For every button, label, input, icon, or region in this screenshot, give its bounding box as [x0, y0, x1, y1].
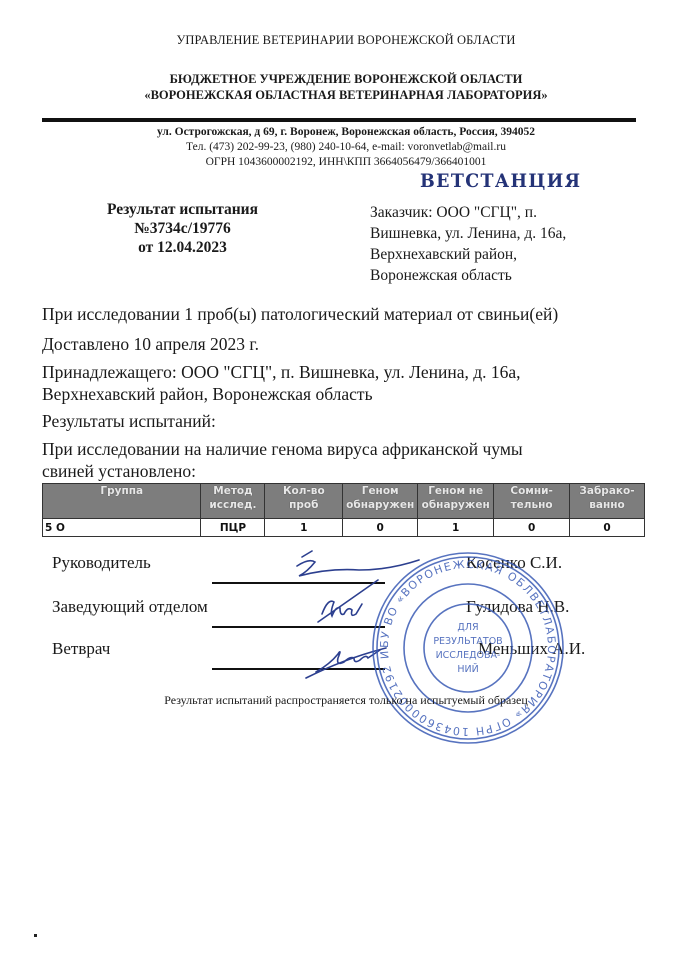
- column-header-text: Метод: [213, 485, 252, 497]
- registration-line: ОГРН 1043600002192, ИНН\КПП 3664056479/3…: [0, 155, 692, 170]
- column-header-text: Группа: [100, 485, 143, 497]
- table-cell: 0: [494, 519, 570, 537]
- finding-statement: При исследовании на наличие генома вирус…: [42, 438, 662, 482]
- stamp-inner-ring: [424, 604, 512, 692]
- customer-block: Заказчик: ООО "СГЦ", п. Вишневка, ул. Ле…: [370, 202, 660, 286]
- institution-contacts: ул. Острогожская, д 69, г. Воронеж, Воро…: [0, 125, 692, 170]
- study-description: При исследовании 1 проб(ы) патологически…: [42, 303, 662, 325]
- column-header-text: Сомни-: [510, 485, 552, 497]
- column-header: Геном необнаружен: [418, 484, 494, 519]
- column-header: Кол-во проб: [265, 484, 343, 519]
- signature-line: [212, 582, 385, 584]
- signature-role: Руководитель: [52, 553, 151, 573]
- institution-heading: БЮДЖЕТНОЕ УЧРЕЖДЕНИЕ ВОРОНЕЖСКОЙ ОБЛАСТИ…: [0, 71, 692, 103]
- column-header-text: Геном: [362, 485, 399, 497]
- column-header-text: обнаружен: [346, 499, 414, 511]
- seal-stamp: БУ ВО «ВОРОНЕЖСКАЯ ОБЛВЕТЛАБОРАТОРИЯ» ОГ…: [368, 548, 568, 748]
- column-header: Группа: [43, 484, 201, 519]
- customer-line: Вишневка, ул. Ленина, д. 16а,: [370, 223, 660, 244]
- customer-line: Заказчик: ООО "СГЦ", п.: [370, 202, 660, 223]
- column-header: Методисслед.: [201, 484, 265, 519]
- validity-note: Результат испытаний распространяется тол…: [0, 693, 692, 708]
- signature-role: Заведующий отделом: [52, 597, 208, 617]
- stamp-outer-ring: [373, 553, 563, 743]
- customer-line: Воронежская область: [370, 265, 660, 286]
- column-header-text: тельно: [511, 499, 553, 511]
- signature-role: Ветврач: [52, 639, 110, 659]
- table-cell: ПЦР: [201, 519, 265, 537]
- result-number: №3734с/19776: [70, 219, 295, 238]
- table-cell: 0: [570, 519, 645, 537]
- owner-line: Принадлежащего: ООО "СГЦ", п. Вишневка, …: [42, 361, 662, 383]
- column-header-text: обнаружен: [422, 499, 490, 511]
- column-header-text: Кол-во проб: [283, 485, 325, 511]
- column-header: Геномобнаружен: [343, 484, 418, 519]
- finding-line: свиней установлено:: [42, 460, 662, 482]
- stamp-inner-text: ДЛЯ: [457, 622, 478, 633]
- owner-info: Принадлежащего: ООО "СГЦ", п. Вишневка, …: [42, 361, 662, 405]
- table-header-row: ГруппаМетодисслед.Кол-во пробГеномобнару…: [43, 484, 645, 519]
- scan-speck: [34, 934, 37, 937]
- vet-station-stamp: ВЕТСТАНЦИЯ: [420, 170, 581, 192]
- column-header: Забрако-ванно: [570, 484, 645, 519]
- stamp-inner-text: НИЙ: [457, 663, 478, 675]
- customer-line: Верхнехавский район,: [370, 244, 660, 265]
- table-cell: 1: [265, 519, 343, 537]
- stamp-inner-text: РЕЗУЛЬТАТОВ: [433, 636, 502, 647]
- result-date: от 12.04.2023: [70, 238, 295, 257]
- column-header-text: исслед.: [209, 499, 256, 511]
- result-title-block: Результат испытания №3734с/19776 от 12.0…: [70, 200, 295, 257]
- contacts-line: Тел. (473) 202-99-23, (980) 240-10-64, e…: [0, 140, 692, 155]
- result-title: Результат испытания: [70, 200, 295, 219]
- signature-line: [212, 626, 385, 628]
- finding-line: При исследовании на наличие генома вирус…: [42, 438, 662, 460]
- delivery-date: Доставлено 10 апреля 2023 г.: [42, 333, 662, 355]
- signature-line: [212, 668, 385, 670]
- column-header-text: Забрако-: [579, 485, 634, 497]
- table-cell: 5 О: [43, 519, 201, 537]
- table-cell: 1: [418, 519, 494, 537]
- owner-line: Верхнехавский район, Воронежская область: [42, 383, 662, 405]
- header-divider: [42, 118, 636, 122]
- results-table: ГруппаМетодисслед.Кол-во пробГеномобнару…: [42, 483, 645, 537]
- column-header: Сомни-тельно: [494, 484, 570, 519]
- institution-line-1: БЮДЖЕТНОЕ УЧРЕЖДЕНИЕ ВОРОНЕЖСКОЙ ОБЛАСТИ: [0, 71, 692, 87]
- results-label: Результаты испытаний:: [42, 410, 662, 432]
- authority-heading: УПРАВЛЕНИЕ ВЕТЕРИНАРИИ ВОРОНЕЖСКОЙ ОБЛАС…: [0, 33, 692, 48]
- column-header-text: Геном не: [428, 485, 483, 497]
- address-line: ул. Острогожская, д 69, г. Воронеж, Воро…: [0, 125, 692, 140]
- table-row: 5 ОПЦР10100: [43, 519, 645, 537]
- stamp-inner-text: ИССЛЕДОВА-: [436, 650, 501, 661]
- table-cell: 0: [343, 519, 418, 537]
- table-body: 5 ОПЦР10100: [43, 519, 645, 537]
- institution-line-2: «ВОРОНЕЖСКАЯ ОБЛАСТНАЯ ВЕТЕРИНАРНАЯ ЛАБО…: [0, 87, 692, 103]
- column-header-text: ванно: [589, 499, 624, 511]
